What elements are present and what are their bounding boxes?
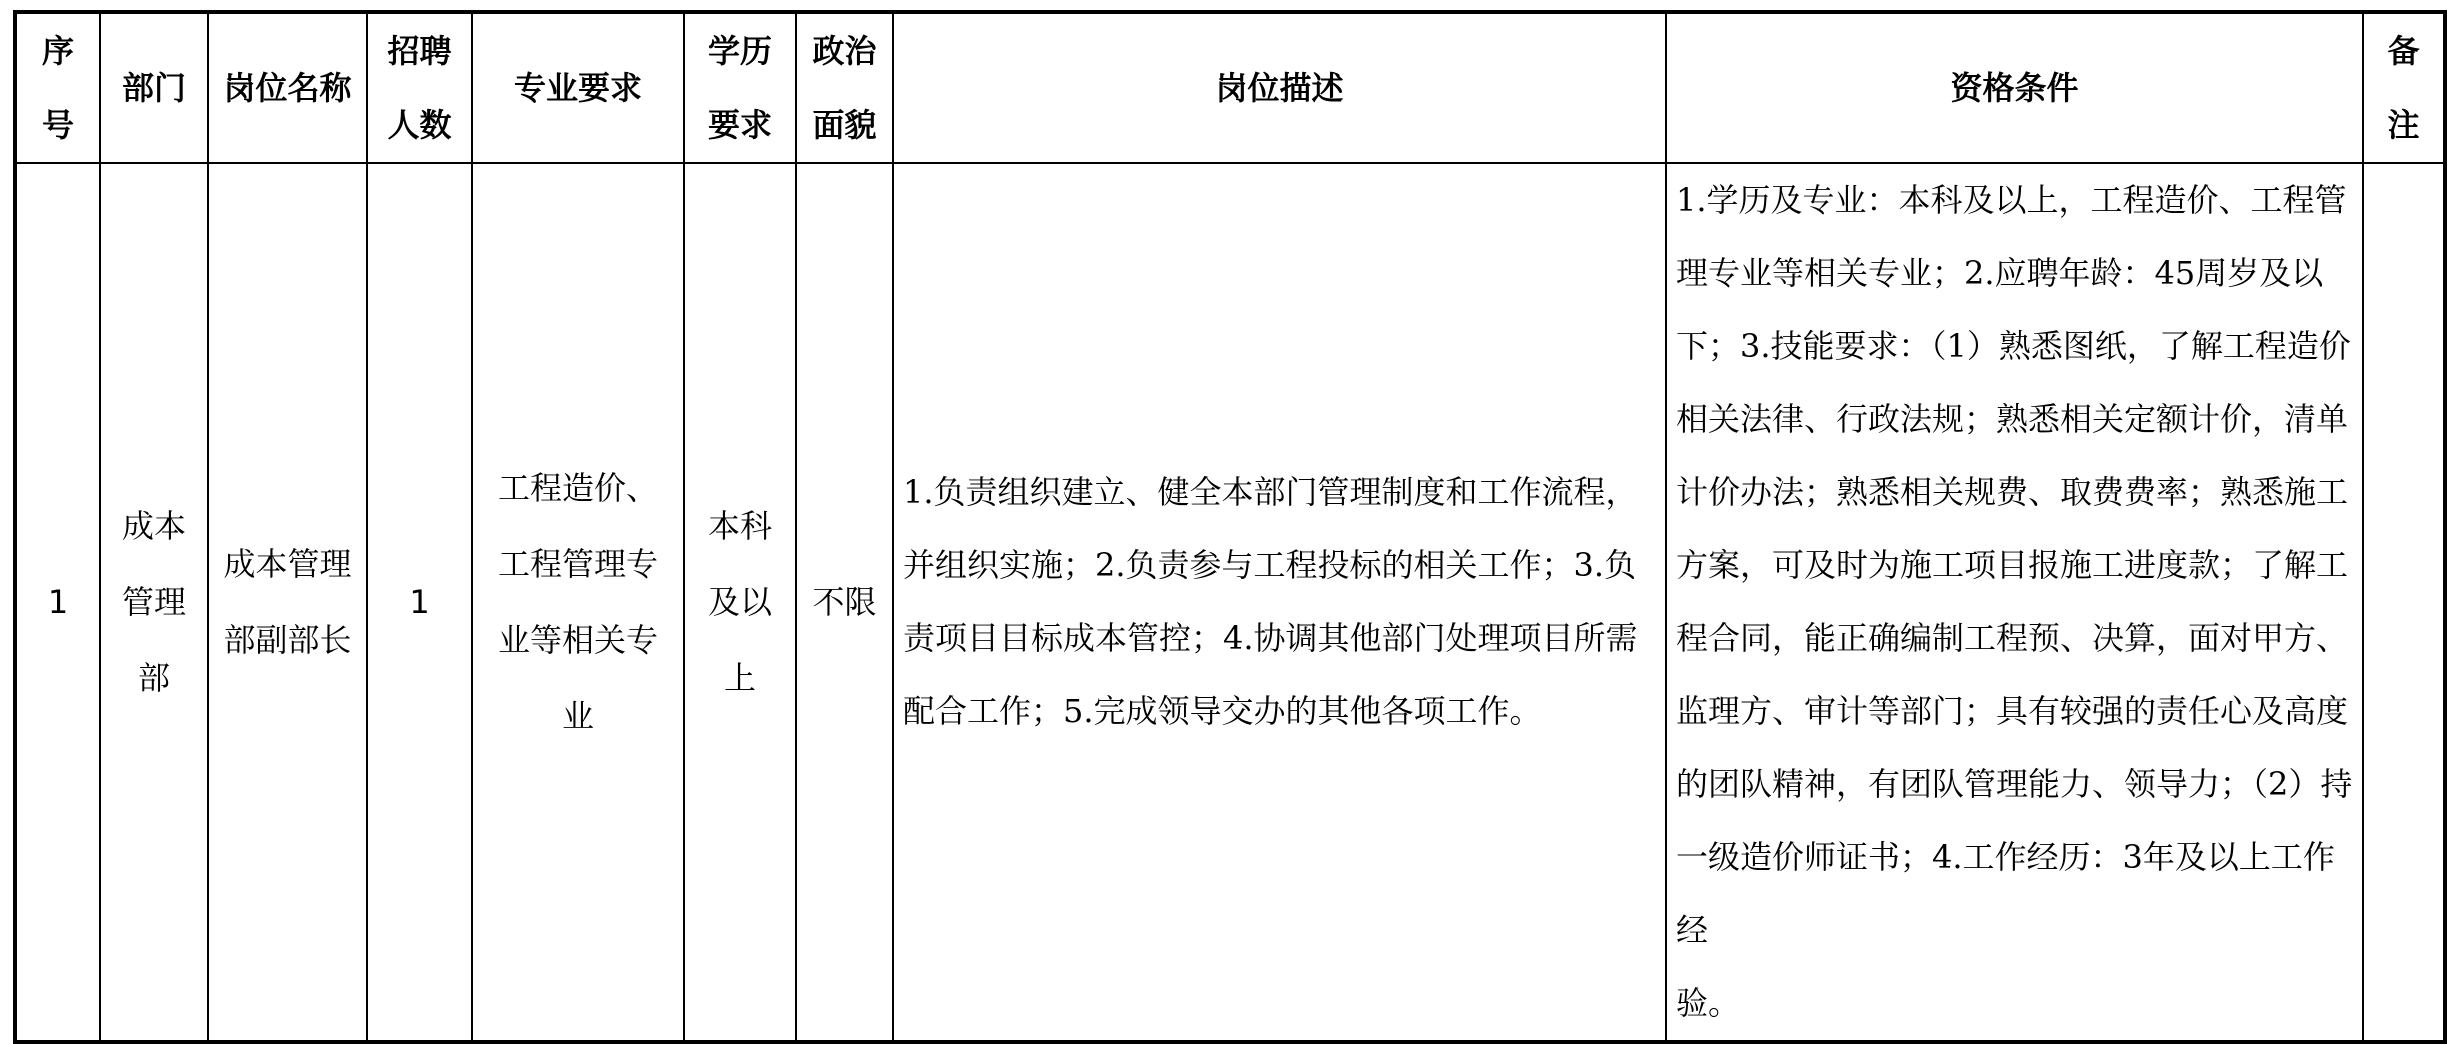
- cell-department: 成本 管理 部: [100, 163, 208, 1042]
- cell-education: 本科 及以 上: [684, 163, 796, 1042]
- cell-qualifications: 1.学历及专业：本科及以上，工程造价、工程管 理专业等相关专业；2.应聘年龄：4…: [1666, 163, 2363, 1042]
- header-cell-major: 专业要求: [472, 12, 684, 163]
- header-cell-seq: 序 号: [15, 12, 100, 163]
- header-cell-qualifications: 资格条件: [1666, 12, 2363, 163]
- cell-position: 成本管理 部副部长: [208, 163, 367, 1042]
- cell-political: 不限: [796, 163, 893, 1042]
- header-cell-political: 政治 面貌: [796, 12, 893, 163]
- header-cell-description: 岗位描述: [893, 12, 1666, 163]
- header-cell-headcount: 招聘 人数: [367, 12, 472, 163]
- header-row: 序 号 部门 岗位名称 招聘 人数 专业要求 学历 要求 政治 面貌 岗位描述 …: [15, 12, 2445, 163]
- header-cell-position: 岗位名称: [208, 12, 367, 163]
- cell-seq: 1: [15, 163, 100, 1042]
- recruitment-table: 序 号 部门 岗位名称 招聘 人数 专业要求 学历 要求 政治 面貌 岗位描述 …: [13, 10, 2447, 1044]
- cell-major: 工程造价、 工程管理专 业等相关专 业: [472, 163, 684, 1042]
- header-cell-remark: 备 注: [2363, 12, 2445, 163]
- table-row: 1 成本 管理 部 成本管理 部副部长 1 工程造价、 工程管理专 业等相关专 …: [15, 163, 2445, 1042]
- header-cell-department: 部门: [100, 12, 208, 163]
- document-page: 序 号 部门 岗位名称 招聘 人数 专业要求 学历 要求 政治 面貌 岗位描述 …: [0, 0, 2451, 983]
- header-cell-education: 学历 要求: [684, 12, 796, 163]
- cell-description: 1.负责组织建立、健全本部门管理制度和工作流程， 并组织实施；2.负责参与工程投…: [893, 163, 1666, 1042]
- cell-remark: [2363, 163, 2445, 1042]
- cell-headcount: 1: [367, 163, 472, 1042]
